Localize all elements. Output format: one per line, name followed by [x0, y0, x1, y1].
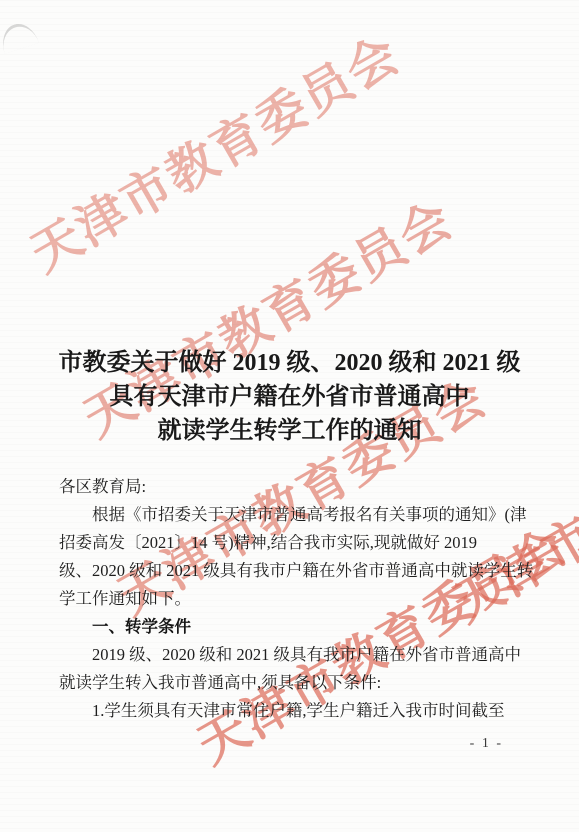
body-line: 根据《市招委关于天津市普通高考报名有关事项的通知》(津	[59, 501, 525, 529]
document-body: 各区教育局: 根据《市招委关于天津市普通高考报名有关事项的通知》(津 招委高发〔…	[59, 473, 525, 725]
title-line-3: 就读学生转学工作的通知	[0, 414, 579, 448]
body-line: 1.学生须具有天津市常住户籍,学生户籍迁入我市时间截至	[59, 697, 525, 725]
page-number: - 1 -	[470, 736, 503, 752]
body-line: 招委高发〔2021〕14 号)精神,结合我市实际,现就做好 2019	[59, 529, 525, 557]
scan-artifact	[0, 19, 39, 54]
document-title: 市教委关于做好 2019 级、2020 级和 2021 级 具有天津市户籍在外省…	[0, 346, 579, 448]
document-page: 天津市教育委员会 天津市教育委员会 天津市教育委员会 天津市教育委员会 天津市教…	[0, 0, 579, 832]
title-line-1: 市教委关于做好 2019 级、2020 级和 2021 级	[0, 346, 579, 380]
body-line: 级、2020 级和 2021 级具有我市户籍在外省市普通高中就读学生转	[59, 557, 525, 585]
section-heading: 一、转学条件	[59, 613, 525, 641]
body-line: 学工作通知如下。	[59, 585, 525, 613]
salutation: 各区教育局:	[59, 473, 525, 501]
body-line: 2019 级、2020 级和 2021 级具有我市户籍在外省市普通高中	[59, 641, 525, 669]
body-line: 就读学生转入我市普通高中,须具备以下条件:	[59, 669, 525, 697]
title-line-2: 具有天津市户籍在外省市普通高中	[0, 380, 579, 414]
